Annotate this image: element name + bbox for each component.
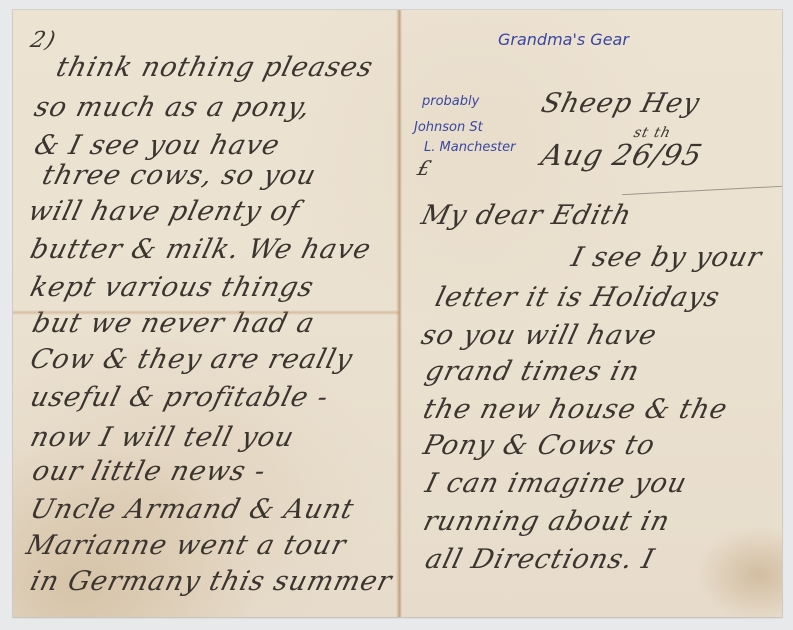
letter-line: & I see you have xyxy=(31,130,283,161)
letter-line: will have plenty of xyxy=(25,196,303,227)
letter-line: butter & milk. We have xyxy=(27,234,374,265)
archival-annotation-line: L. Manchester xyxy=(424,140,516,155)
letter-line: kept various things xyxy=(27,272,317,303)
letter-line: now I will tell you xyxy=(27,422,297,453)
letter-line: all Directions. I xyxy=(422,544,658,575)
letter-line: but we never had a xyxy=(29,308,318,339)
letter-date: Aug 26/95 xyxy=(538,138,706,172)
letter-line: three cows, so you xyxy=(39,160,320,191)
archival-annotation-line: probably xyxy=(422,94,479,109)
letter-line: our little news - xyxy=(29,456,269,487)
page-number: 2) xyxy=(28,28,59,53)
letter-line: the new house & the xyxy=(420,394,731,425)
archival-annotation-line: Johnson St xyxy=(414,120,483,135)
letter-line: letter it is Holidays xyxy=(432,282,723,313)
letter-line: I can imagine you xyxy=(422,468,690,499)
letter-page-left: 2) think nothing pleases so much as a po… xyxy=(13,10,399,617)
letter-line: think nothing pleases xyxy=(53,52,376,83)
letter-line: so you will have xyxy=(418,320,660,351)
letter-line: grand times in xyxy=(422,356,643,387)
letter-line: so much as a pony, xyxy=(31,92,314,123)
letter-paper: 2) think nothing pleases so much as a po… xyxy=(13,10,782,617)
letter-line: in Germany this summer xyxy=(27,566,395,597)
letter-line: Uncle Armand & Aunt xyxy=(27,494,357,525)
letter-salutation: My dear Edith xyxy=(418,200,635,231)
letter-line: useful & profitable - xyxy=(27,382,332,413)
date-underline xyxy=(622,186,782,195)
letter-line: I see by your xyxy=(568,242,765,273)
letter-line: running about in xyxy=(420,506,673,537)
letter-line: Cow & they are really xyxy=(27,344,356,375)
letter-line: Pony & Cows to xyxy=(420,430,658,461)
letter-line: Marianne went a tour xyxy=(23,530,349,561)
archival-annotation-top: Grandma's Gear xyxy=(498,30,629,49)
annotation-mark: £ xyxy=(415,156,435,180)
letter-place: Sheep Hey xyxy=(538,88,703,119)
letter-page-right: Grandma's Gear probably Johnson St L. Ma… xyxy=(402,10,782,617)
